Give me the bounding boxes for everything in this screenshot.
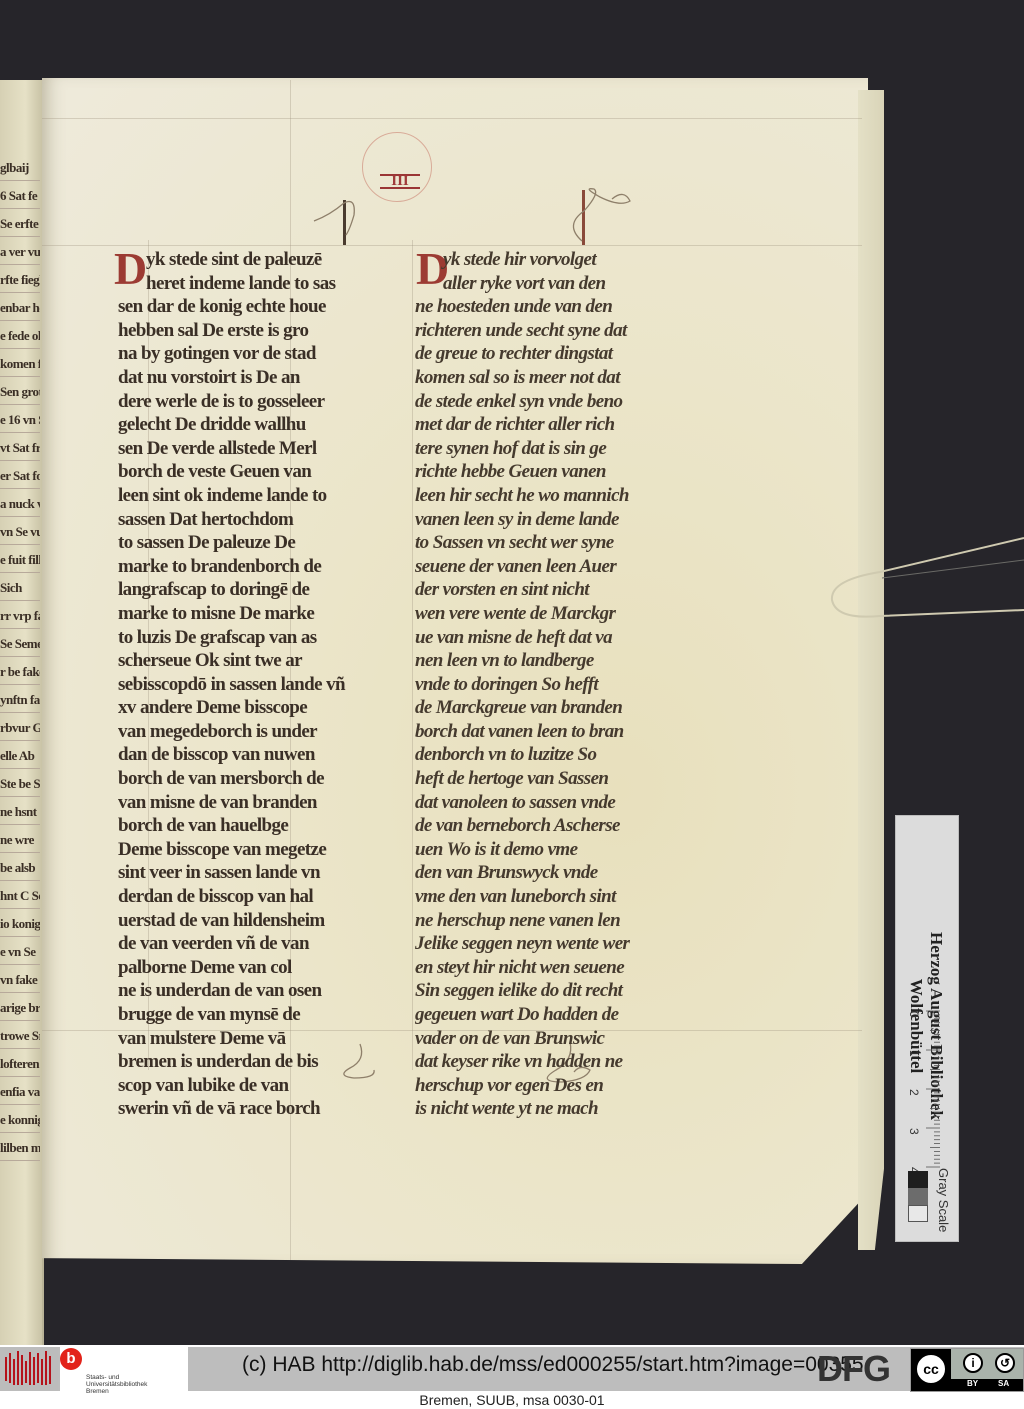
manuscript-line: de stede enkel syn vnde beno — [415, 390, 685, 414]
previous-page-line: enfia van — [0, 1084, 40, 1104]
previous-page-line: e fuit fill — [0, 552, 40, 572]
ruling-line — [0, 684, 40, 685]
manuscript-line: scop van lubike de van — [118, 1074, 393, 1098]
manuscript-line: yk stede sint de paleuzē — [118, 248, 393, 272]
right-text-column: yk stede hir vorvolgetaller ryke vort va… — [415, 248, 685, 1121]
manuscript-line: is nicht wente yt ne mach — [415, 1097, 685, 1121]
manuscript-line: to luzis De grafscap van as — [118, 626, 393, 650]
manuscript-line: Jelike seggen neyn wente wer — [415, 932, 685, 956]
left-text-column: yk stede sint de paleuzēheret indeme lan… — [118, 248, 393, 1121]
ruling-line — [0, 1076, 40, 1077]
manuscript-line: sen De verde allstede Merl — [118, 437, 393, 461]
cc-license-badge[interactable]: cc i ↺ BY SA — [910, 1348, 1024, 1392]
manuscript-line: scherseue Ok sint twe ar — [118, 649, 393, 673]
previous-page-line: lilben me — [0, 1140, 40, 1160]
manuscript-line: Sin seggen ielike do dit recht — [415, 979, 685, 1003]
sa-label: SA — [998, 1379, 1009, 1388]
cc-icon: cc — [914, 1352, 948, 1386]
previous-page-line: vn Se vuo — [0, 524, 40, 544]
manuscript-line: dat vanoleen to sassen vnde — [415, 791, 685, 815]
manuscript-line: heret indeme lande to sas — [118, 272, 393, 296]
previous-page-line: elle Ab — [0, 748, 40, 768]
manuscript-line: leen sint ok indeme lande to — [118, 484, 393, 508]
manuscript-line: bremen is underdan de bis — [118, 1050, 393, 1074]
folio-number-circle — [362, 132, 432, 202]
ruling-line — [0, 600, 40, 601]
previous-page-line: rr vrp fal — [0, 608, 40, 628]
ruling-line — [0, 908, 40, 909]
manuscript-line: en steyt hir nicht wen seuene — [415, 956, 685, 980]
ruling-line — [0, 236, 40, 237]
previous-page-line: a ver vue — [0, 244, 40, 264]
ruling-line — [0, 964, 40, 965]
manuscript-line: ne hoesteden unde van den — [415, 295, 685, 319]
previous-page-line: e fede ok — [0, 328, 40, 348]
manuscript-line: de greue to rechter dingstat — [415, 342, 685, 366]
manuscript-line: vnde to doringen So hefft — [415, 673, 685, 697]
manuscript-line: de van berneborch Ascherse — [415, 814, 685, 838]
ruling-line — [0, 348, 40, 349]
manuscript-line: de van veerden vñ de van — [118, 932, 393, 956]
ruling-line — [0, 1048, 40, 1049]
ruling-line — [0, 208, 40, 209]
manuscript-line: van misne de van branden — [118, 791, 393, 815]
ruling-line — [0, 656, 40, 657]
manuscript-line: swerin vñ de vā race borch — [118, 1097, 393, 1121]
previous-page-line: vn fake — [0, 972, 40, 992]
ruling-line — [0, 628, 40, 629]
manuscript-line: wen vere wente de Marckgr — [415, 602, 685, 626]
manuscript-line: dan de bisscop van nuwen — [118, 743, 393, 767]
previous-page-line: vt Sat fr — [0, 440, 40, 460]
previous-page-line: glbaij — [0, 160, 40, 180]
manuscript-line: derdan de bisscop van hal — [118, 885, 393, 909]
ruling-line — [0, 320, 40, 321]
manuscript-line: uen Wo is it demo vme — [415, 838, 685, 862]
previous-page-line: e vn Se — [0, 944, 40, 964]
manuscript-line: seuene der vanen leen Auer — [415, 555, 685, 579]
thread-marker — [820, 520, 1024, 630]
manuscript-line: dere werle de is to gosseleer — [118, 390, 393, 414]
ruling-line — [0, 1132, 40, 1133]
ruling-line — [0, 1020, 40, 1021]
previous-page-line: r be fake — [0, 664, 40, 684]
manuscript-scan: glbaij6 Sat feSe erfte fa ver vuerfte fi… — [0, 0, 1024, 1345]
ruling-line — [0, 796, 40, 797]
ruling-line — [0, 516, 40, 517]
manuscript-line: sen dar de konig echte houe — [118, 295, 393, 319]
by-icon: i — [963, 1353, 983, 1373]
flourish-ornament — [310, 195, 370, 255]
manuscript-line: sint veer in sassen lande vn — [118, 861, 393, 885]
manuscript-line: vme den van luneborch sint — [415, 885, 685, 909]
manuscript-line: marke to brandenborch de — [118, 555, 393, 579]
ruling-line — [0, 1160, 40, 1161]
manuscript-line: den van Brunswyck vnde — [415, 861, 685, 885]
ruling-line — [0, 852, 40, 853]
flourish-ornament — [560, 185, 640, 245]
previous-page-line: e konnig — [0, 1112, 40, 1132]
manuscript-line: to Sassen vn secht wer syne — [415, 531, 685, 555]
ruling-line — [0, 572, 40, 573]
manuscript-line: borch de van hauelbge — [118, 814, 393, 838]
sa-icon: ↺ — [995, 1353, 1015, 1373]
manuscript-line: met dar de richter aller rich — [415, 413, 685, 437]
manuscript-line: ne is underdan de van osen — [118, 979, 393, 1003]
previous-page-line: hnt C Se — [0, 888, 40, 908]
folio-edge — [858, 90, 884, 1250]
previous-page-line: Sen groten — [0, 384, 40, 404]
previous-page-line: 6 Sat fe — [0, 188, 40, 208]
manuscript-line: hebben sal De erste is gro — [118, 319, 393, 343]
manuscript-line: borch dat vanen leen to bran — [415, 720, 685, 744]
previous-page-line: ne wre — [0, 832, 40, 852]
ruling-line — [0, 1104, 40, 1105]
library-name-line: Staats- und — [86, 1374, 147, 1381]
manuscript-line: dat nu vorstoirt is De an — [118, 366, 393, 390]
manuscript-line: der vorsten en sint nicht — [415, 578, 685, 602]
manuscript-line: ne herschup nene vanen len — [415, 909, 685, 933]
manuscript-line: gelecht De dridde wallhu — [118, 413, 393, 437]
suub-barcode-logo — [0, 1347, 58, 1391]
manuscript-line: komen sal so is meer not dat — [415, 366, 685, 390]
manuscript-line: vader on de van Brunswic — [415, 1027, 685, 1051]
previous-page-line: trowe Sr — [0, 1028, 40, 1048]
manuscript-line: sebisscopdō in sassen lande vñ — [118, 673, 393, 697]
manuscript-line: borch de van mersborch de — [118, 767, 393, 791]
previous-page-line: lofteren — [0, 1056, 40, 1076]
manuscript-line: richte hebbe Geuen vanen — [415, 460, 685, 484]
manuscript-line: borch de veste Geuen van — [118, 460, 393, 484]
manuscript-line: na by gotingen vor de stad — [118, 342, 393, 366]
by-label: BY — [967, 1379, 978, 1388]
previous-page-edge: glbaij6 Sat feSe erfte fa ver vuerfte fi… — [0, 80, 44, 1345]
previous-page-line: io konig — [0, 916, 40, 936]
gray-swatch-mid — [908, 1188, 928, 1205]
manuscript-line: gegeuen wart Do hadden de — [415, 1003, 685, 1027]
manuscript-line: tere synen hof dat is sin ge — [415, 437, 685, 461]
gray-swatch-dark — [908, 1171, 928, 1188]
manuscript-line: de Marckgreue van branden — [415, 696, 685, 720]
manuscript-line: denborch vn to luzitze So — [415, 743, 685, 767]
ruling-line — [0, 936, 40, 937]
svg-text:0: 0 — [907, 1011, 921, 1018]
manuscript-line: brugge de van mynsē de — [118, 1003, 393, 1027]
manuscript-line: langrafscap to doringē de — [118, 578, 393, 602]
ruling-line — [0, 768, 40, 769]
previous-page-line: enbar ho — [0, 300, 40, 320]
manuscript-line: richteren unde secht syne dat — [415, 319, 685, 343]
previous-page-line: Sich — [0, 580, 40, 600]
manuscript-line: vanen leen sy in deme lande — [415, 508, 685, 532]
previous-page-line: rfte fiegh — [0, 272, 40, 292]
manuscript-line: van mulstere Deme vā — [118, 1027, 393, 1051]
ruling-line — [0, 404, 40, 405]
manuscript-line: van megedeborch is under — [118, 720, 393, 744]
manuscript-line: herschup vor egen Des en — [415, 1074, 685, 1098]
manuscript-line: leen hir secht he wo mannich — [415, 484, 685, 508]
folio-number: III — [380, 174, 420, 189]
ruling-line — [0, 264, 40, 265]
ruling-line — [0, 292, 40, 293]
previous-page-line: a nuck vn — [0, 496, 40, 516]
ruling-line — [0, 740, 40, 741]
ruling-line — [0, 488, 40, 489]
previous-page-line: be alsb — [0, 860, 40, 880]
ruling-line — [0, 712, 40, 713]
manuscript-line: yk stede hir vorvolget — [415, 248, 685, 272]
previous-page-line: Ste be Se — [0, 776, 40, 796]
manuscript-line: palborne Deme van col — [118, 956, 393, 980]
ruling-line — [0, 992, 40, 993]
manuscript-line: marke to misne De marke — [118, 602, 393, 626]
shelfmark: Bremen, SUUB, msa 0030-01 — [0, 1391, 1024, 1409]
ruling-line — [42, 118, 862, 119]
gray-swatch-light — [908, 1205, 928, 1222]
manuscript-line: heft de hertoge van Sassen — [415, 767, 685, 791]
library-name-line: Universitätsbibliothek — [86, 1381, 147, 1388]
manuscript-line: Deme bisscope van megetze — [118, 838, 393, 862]
previous-page-line: er Sat fo — [0, 468, 40, 488]
manuscript-line: ue van misne de heft dat va — [415, 626, 685, 650]
ruling-line — [412, 240, 413, 1070]
manuscript-line: dat keyser rike vn hadden ne — [415, 1050, 685, 1074]
gray-scale-label: Gray Scale — [936, 1168, 951, 1232]
previous-page-line: Se Seme — [0, 636, 40, 656]
dfg-logo: DFG — [817, 1350, 890, 1388]
svg-text:1: 1 — [907, 1050, 921, 1057]
manuscript-line: uerstad de van hildensheim — [118, 909, 393, 933]
previous-page-line: Se erfte f — [0, 216, 40, 236]
ruling-line — [0, 460, 40, 461]
manuscript-line: aller ryke vort van den — [415, 272, 685, 296]
manuscript-line: nen leen vn to landberge — [415, 649, 685, 673]
previous-page-line: e 16 vn Su — [0, 412, 40, 432]
manuscript-line: sassen Dat hertochdom — [118, 508, 393, 532]
svg-text:2: 2 — [907, 1089, 921, 1096]
ruling-line — [0, 880, 40, 881]
previous-page-line: arige bre — [0, 1000, 40, 1020]
manuscript-line: xv andere Deme bisscope — [118, 696, 393, 720]
copyright-link[interactable]: (c) HAB http://diglib.hab.de/mss/ed00025… — [242, 1353, 864, 1377]
previous-page-line: ynftn fal — [0, 692, 40, 712]
suub-b-logo: b — [60, 1348, 82, 1370]
svg-text:3: 3 — [907, 1128, 921, 1135]
manuscript-line: to sassen De paleuze De — [118, 531, 393, 555]
ruling-line — [0, 180, 40, 181]
ruling-line — [0, 376, 40, 377]
previous-page-line: ne hsnt — [0, 804, 40, 824]
ruling-line — [0, 432, 40, 433]
previous-page-line: rbvur Ge — [0, 720, 40, 740]
ruling-line — [42, 245, 862, 246]
ruling-line — [0, 544, 40, 545]
color-scale-bar: Herzog August Bibliothek Wolfenbüttel 01… — [895, 815, 959, 1242]
previous-page-line: komen feld — [0, 356, 40, 376]
ruling-line — [0, 824, 40, 825]
